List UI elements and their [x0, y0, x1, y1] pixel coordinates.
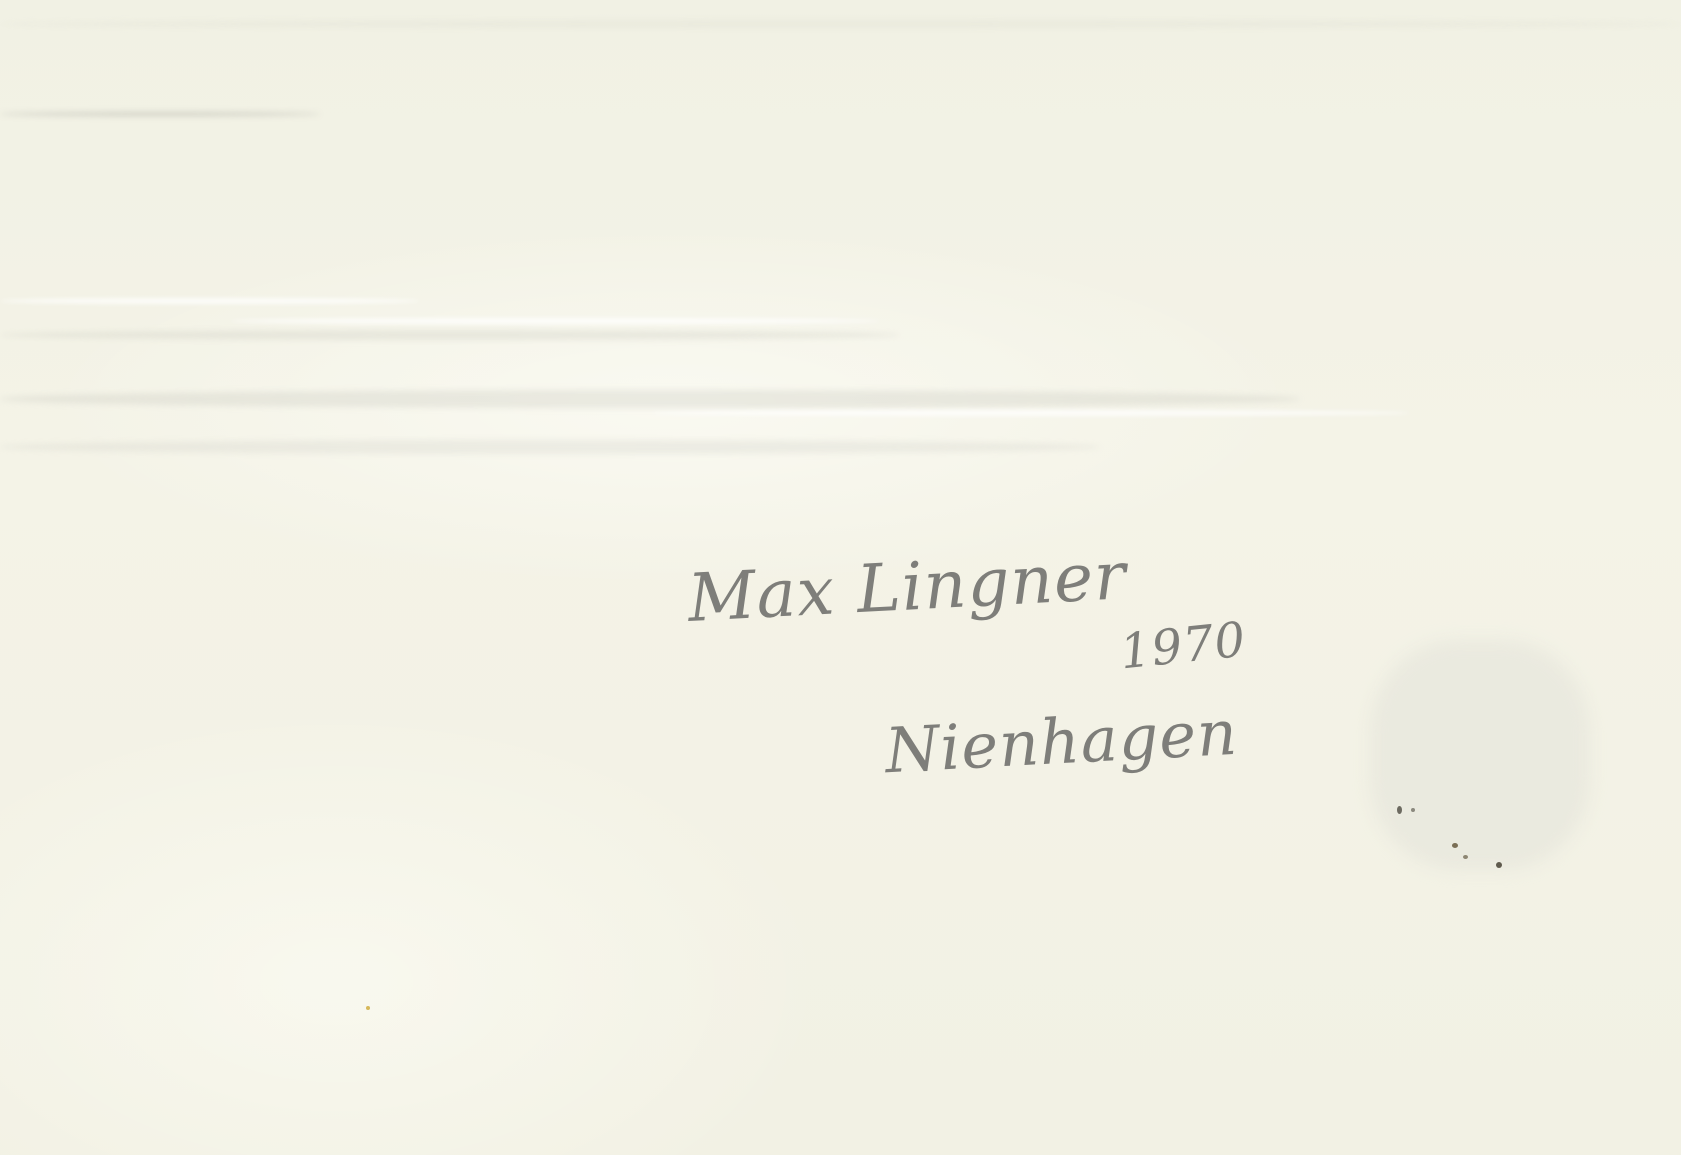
pencil-smudge: [0, 330, 900, 340]
ochre-speck: [366, 1006, 370, 1010]
paper-crease: [230, 318, 880, 324]
graphite-speck: [1496, 862, 1502, 868]
paper-crease: [650, 410, 1410, 416]
graphite-speck: [1452, 843, 1458, 848]
graphite-speck: [1411, 808, 1415, 812]
pencil-smudge: [0, 112, 320, 116]
graphite-speck: [1463, 855, 1468, 859]
grey-wash: [1370, 640, 1590, 870]
paper-crease: [0, 298, 420, 304]
pencil-smudge: [0, 390, 1300, 408]
graphite-speck: [1397, 806, 1402, 814]
pencil-smudge: [0, 440, 1100, 454]
pencil-smudge: [0, 20, 1681, 28]
